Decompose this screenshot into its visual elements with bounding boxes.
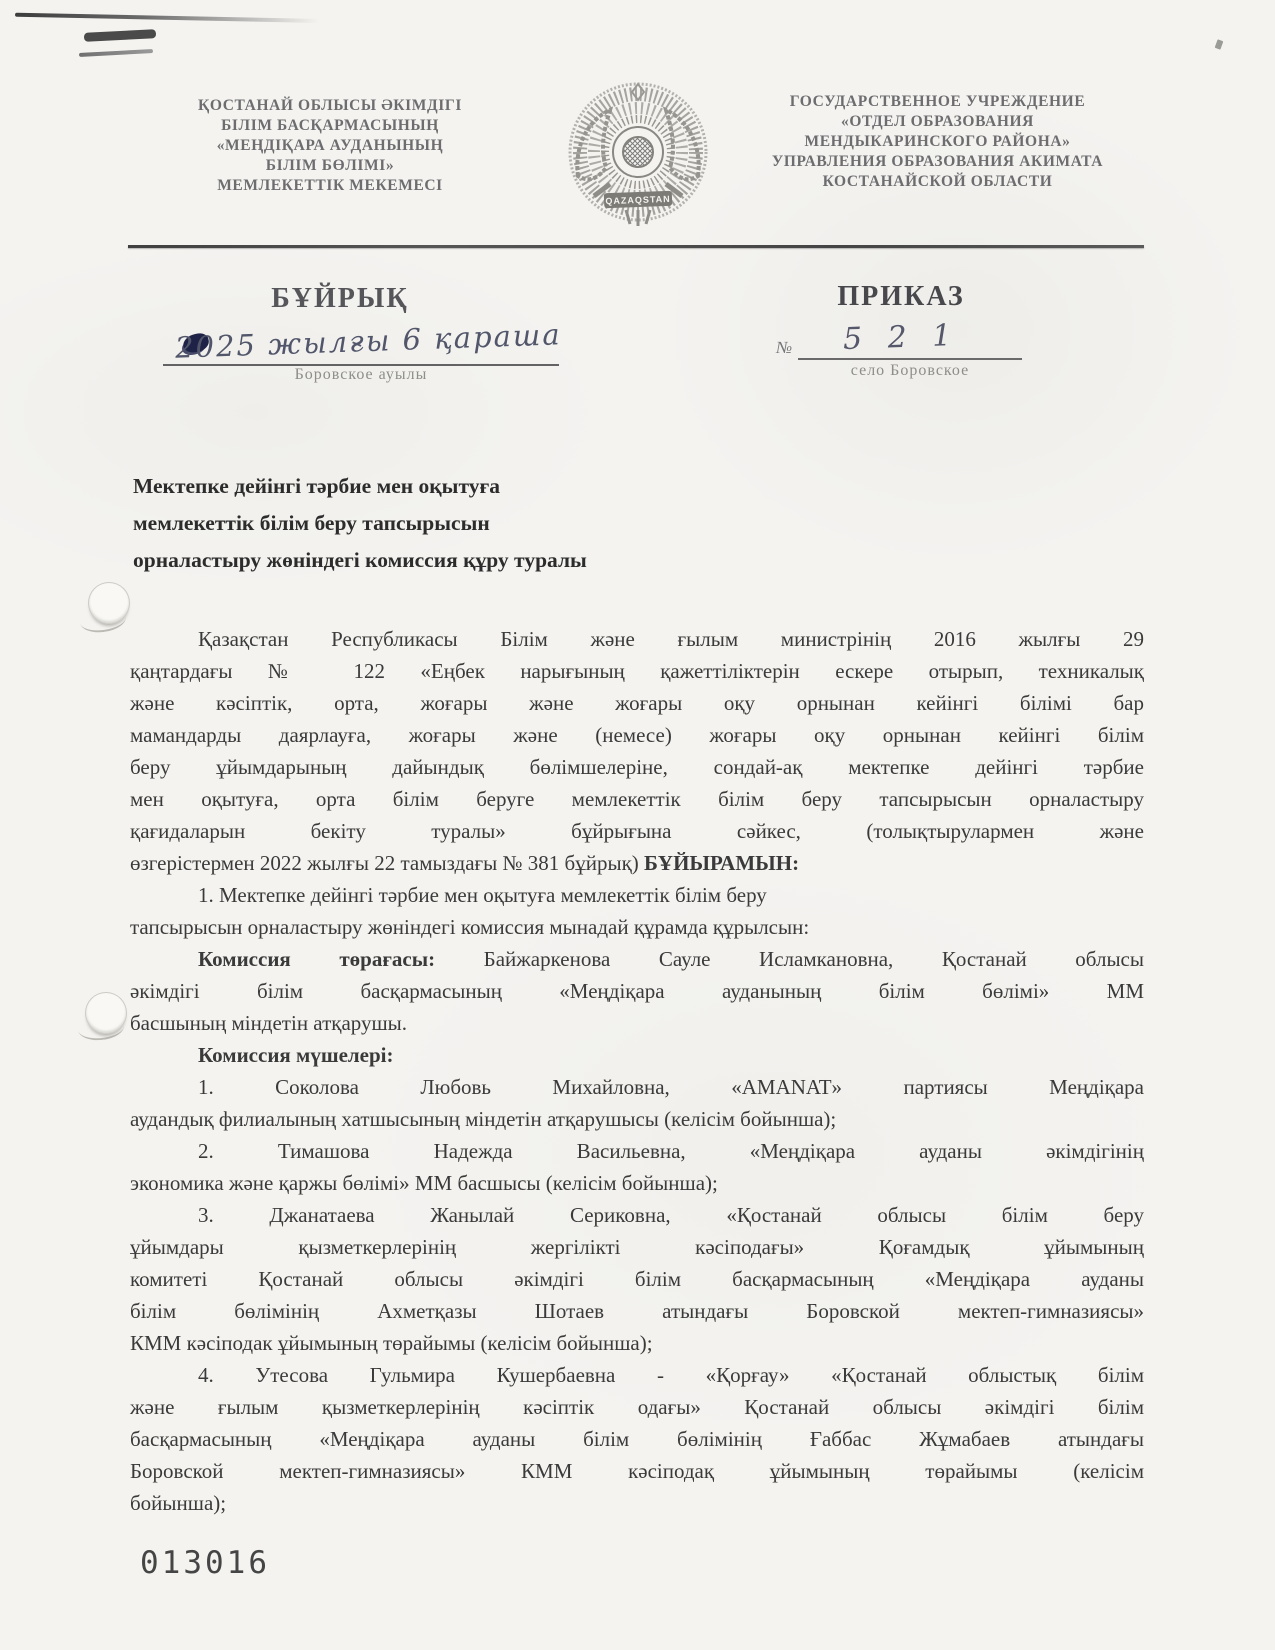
paragraph: Комиссия төрағасы: Байжаркенова Сауле Ис… xyxy=(130,943,1144,1039)
text-line: және ғылым қызметкерлерінің кәсіптік ода… xyxy=(130,1391,1144,1423)
text-run: 2. Тимашова Надежда Васильевна, «Меңдіқа… xyxy=(198,1139,1144,1163)
place-label-kazakh: Боровское ауылы xyxy=(163,366,559,384)
body-paragraphs: Қазақстан Республикасы Білім және ғылым … xyxy=(130,623,1144,1519)
text-line: қағидаларын бекіту туралы» бұйрығына сәй… xyxy=(130,815,1144,847)
kazakhstan-state-emblem-icon: QAZAQSTAN xyxy=(560,76,716,236)
org-line: МЕНДЫКАРИНСКОГО РАЙОНА» xyxy=(730,132,1145,152)
text-run: ұйымдары қызметкерлерінің жергілікті кәс… xyxy=(130,1235,1144,1259)
bold-text-run: Комиссия төрағасы: xyxy=(198,947,435,971)
text-line: әкімдігі білім басқармасының «Меңдіқара … xyxy=(130,975,1144,1007)
text-line: және кәсіптік, орта, жоғары және жоғары … xyxy=(130,687,1144,719)
text-run: Қазақстан Республикасы Білім және ғылым … xyxy=(198,627,1144,651)
text-run: және кәсіптік, орта, жоғары және жоғары … xyxy=(130,691,1144,715)
text-run: 3. Джанатаева Жанылай Сериковна, «Қостан… xyxy=(198,1203,1144,1227)
paragraph: 2. Тимашова Надежда Васильевна, «Меңдіқа… xyxy=(130,1135,1144,1199)
pen-stroke-artifact xyxy=(84,29,156,42)
number-sign: № xyxy=(776,338,792,358)
text-run: бойынша); xyxy=(130,1491,226,1515)
bold-text-run: Комиссия мүшелері: xyxy=(198,1043,394,1067)
org-line: БІЛІМ БАСҚАРМАСЫНЫҢ xyxy=(160,116,500,136)
order-subject: Мектепке дейінгі тәрбие мен оқытуға мемл… xyxy=(133,468,833,579)
text-run: және ғылым қызметкерлерінің кәсіптік ода… xyxy=(130,1395,1144,1419)
text-line: өзгерістермен 2022 жылғы 22 тамыздағы № … xyxy=(130,847,1144,879)
org-line: «МЕҢДІҚАРА АУДАНЫНЫҢ xyxy=(160,136,500,156)
subject-line: орналастыру жөніндегі комиссия құру тура… xyxy=(133,542,833,579)
text-line: беру ұйымдарының дайындық бөлімшелеріне,… xyxy=(130,751,1144,783)
text-run: әкімдігі білім басқармасының «Меңдіқара … xyxy=(130,979,1144,1003)
hole-punch-shadow xyxy=(77,1014,125,1043)
handwritten-date: 2025 жылғы 6 қараша xyxy=(175,317,563,364)
order-title-kazakh: БҰЙРЫҚ xyxy=(130,283,550,315)
org-line: ҚОСТАНАЙ ОБЛЫСЫ ӘКІМДІГІ xyxy=(160,96,500,116)
text-line: 2. Тимашова Надежда Васильевна, «Меңдіқа… xyxy=(130,1135,1144,1167)
text-line: басқармасының «Меңдіқара ауданы білім бө… xyxy=(130,1423,1144,1455)
text-line: ұйымдары қызметкерлерінің жергілікті кәс… xyxy=(130,1231,1144,1263)
text-run: экономика және қаржы бөлімі» ММ басшысы … xyxy=(130,1171,718,1195)
text-line: 1. Соколова Любовь Михайловна, «AMANAT» … xyxy=(130,1071,1144,1103)
text-run: тапсырысын орналастыру жөніндегі комисси… xyxy=(130,915,809,939)
text-run: білім бөлімінің Ахметқазы Шотаев атындағ… xyxy=(130,1299,1144,1323)
paragraph: 3. Джанатаева Жанылай Сериковна, «Қостан… xyxy=(130,1199,1144,1359)
text-line: қаңтардағы № 122 «Еңбек нарығының қажетт… xyxy=(130,655,1144,687)
text-run: беру ұйымдарының дайындық бөлімшелеріне,… xyxy=(130,755,1144,779)
text-run: комитеті Қостанай облысы әкімдігі білім … xyxy=(130,1267,1144,1291)
text-run: мамандарды даярлауға, жоғары және (немес… xyxy=(130,723,1144,747)
text-line: мен оқытуға, орта білім беруге мемлекетт… xyxy=(130,783,1144,815)
pen-stroke-artifact xyxy=(79,49,153,57)
text-run: 1. Соколова Любовь Михайловна, «AMANAT» … xyxy=(198,1075,1144,1099)
text-line: Қазақстан Республикасы Білім және ғылым … xyxy=(130,623,1144,655)
scan-speck-artifact xyxy=(1215,39,1224,50)
paragraph: 1. Мектепке дейінгі тәрбие мен оқытуға м… xyxy=(130,879,1144,943)
org-name-kazakh: ҚОСТАНАЙ ОБЛЫСЫ ӘКІМДІГІ БІЛІМ БАСҚАРМАС… xyxy=(160,96,500,196)
text-line: 3. Джанатаева Жанылай Сериковна, «Қостан… xyxy=(130,1199,1144,1231)
text-line: Комиссия мүшелері: xyxy=(130,1039,1144,1071)
text-run: қағидаларын бекіту туралы» бұйрығына сәй… xyxy=(130,819,1144,843)
paragraph: Қазақстан Республикасы Білім және ғылым … xyxy=(130,623,1144,879)
text-line: аудандық филиалының хатшысының міндетін … xyxy=(130,1103,1144,1135)
subject-line: мемлекеттік білім беру тапсырысын xyxy=(133,505,833,542)
paragraph: 4. Утесова Гульмира Кушербаевна - «Қорға… xyxy=(130,1359,1144,1519)
org-name-russian: ГОСУДАРСТВЕННОЕ УЧРЕЖДЕНИЕ «ОТДЕЛ ОБРАЗО… xyxy=(730,92,1145,192)
org-line: КОСТАНАЙСКОЙ ОБЛАСТИ xyxy=(730,172,1145,192)
text-run: КММ кәсіподак ұйымының төрайымы (келісім… xyxy=(130,1331,653,1355)
text-run: 1. Мектепке дейінгі тәрбие мен оқытуға м… xyxy=(198,883,767,907)
text-run: басқармасының «Меңдіқара ауданы білім бө… xyxy=(130,1427,1144,1451)
text-line: экономика және қаржы бөлімі» ММ басшысы … xyxy=(130,1167,1144,1199)
org-line: УПРАВЛЕНИЯ ОБРАЗОВАНИЯ АКИМАТА xyxy=(730,152,1145,172)
text-run: 4. Утесова Гульмира Кушербаевна - «Қорға… xyxy=(198,1363,1144,1387)
text-line: Боровской мектеп-гимназиясы» КММ кәсіпод… xyxy=(130,1455,1144,1487)
scan-edge-artifact xyxy=(15,13,335,24)
text-line: комитеті Қостанай облысы әкімдігі білім … xyxy=(130,1263,1144,1295)
text-line: бойынша); xyxy=(130,1487,1144,1519)
bold-text-run: БҰЙЫРАМЫН: xyxy=(644,851,799,875)
handwritten-number: 5 2 1 xyxy=(842,318,959,357)
place-label-russian: село Боровское xyxy=(798,362,1022,380)
text-line: тапсырысын орналастыру жөніндегі комисси… xyxy=(130,911,1144,943)
scanned-order-document: ҚОСТАНАЙ ОБЛЫСЫ ӘКІМДІГІ БІЛІМ БАСҚАРМАС… xyxy=(0,0,1275,1650)
text-line: білім бөлімінің Ахметқазы Шотаев атындағ… xyxy=(130,1295,1144,1327)
text-run: аудандық филиалының хатшысының міндетін … xyxy=(130,1107,836,1131)
text-run: басшының міндетін атқарушы. xyxy=(130,1011,407,1035)
text-line: КММ кәсіподак ұйымының төрайымы (келісім… xyxy=(130,1327,1144,1359)
order-title-russian: ПРИКАЗ xyxy=(772,281,1030,313)
org-line: МЕМЛЕКЕТТІК МЕКЕМЕСІ xyxy=(160,176,500,196)
org-line: ГОСУДАРСТВЕННОЕ УЧРЕЖДЕНИЕ xyxy=(730,92,1145,112)
org-line: БІЛІМ БӨЛІМІ» xyxy=(160,156,500,176)
paragraph: Комиссия мүшелері: xyxy=(130,1039,1144,1071)
header-divider-rule xyxy=(128,245,1144,248)
text-line: 1. Мектепке дейінгі тәрбие мен оқытуға м… xyxy=(130,879,1144,911)
text-run: Байжаркенова Сауле Исламкановна, Қостана… xyxy=(435,947,1144,971)
paragraph: 1. Соколова Любовь Михайловна, «AMANAT» … xyxy=(130,1071,1144,1135)
text-line: Комиссия төрағасы: Байжаркенова Сауле Ис… xyxy=(130,943,1144,975)
document-registration-number: 013016 xyxy=(140,1545,270,1581)
text-run: қаңтардағы № 122 «Еңбек нарығының қажетт… xyxy=(130,659,1144,683)
text-line: 4. Утесова Гульмира Кушербаевна - «Қорға… xyxy=(130,1359,1144,1391)
text-line: мамандарды даярлауға, жоғары және (немес… xyxy=(130,719,1144,751)
text-run: мен оқытуға, орта білім беруге мемлекетт… xyxy=(130,787,1144,811)
number-field: 5 2 1 xyxy=(798,320,1022,360)
subject-line: Мектепке дейінгі тәрбие мен оқытуға xyxy=(133,468,833,505)
text-run: Боровской мектеп-гимназиясы» КММ кәсіпод… xyxy=(130,1459,1144,1483)
text-run: өзгерістермен 2022 жылғы 22 тамыздағы № … xyxy=(130,851,644,875)
hole-punch-shadow xyxy=(79,605,128,635)
date-field: 2025 жылғы 6 қараша xyxy=(163,322,559,366)
org-line: «ОТДЕЛ ОБРАЗОВАНИЯ xyxy=(730,112,1145,132)
text-line: басшының міндетін атқарушы. xyxy=(130,1007,1144,1039)
